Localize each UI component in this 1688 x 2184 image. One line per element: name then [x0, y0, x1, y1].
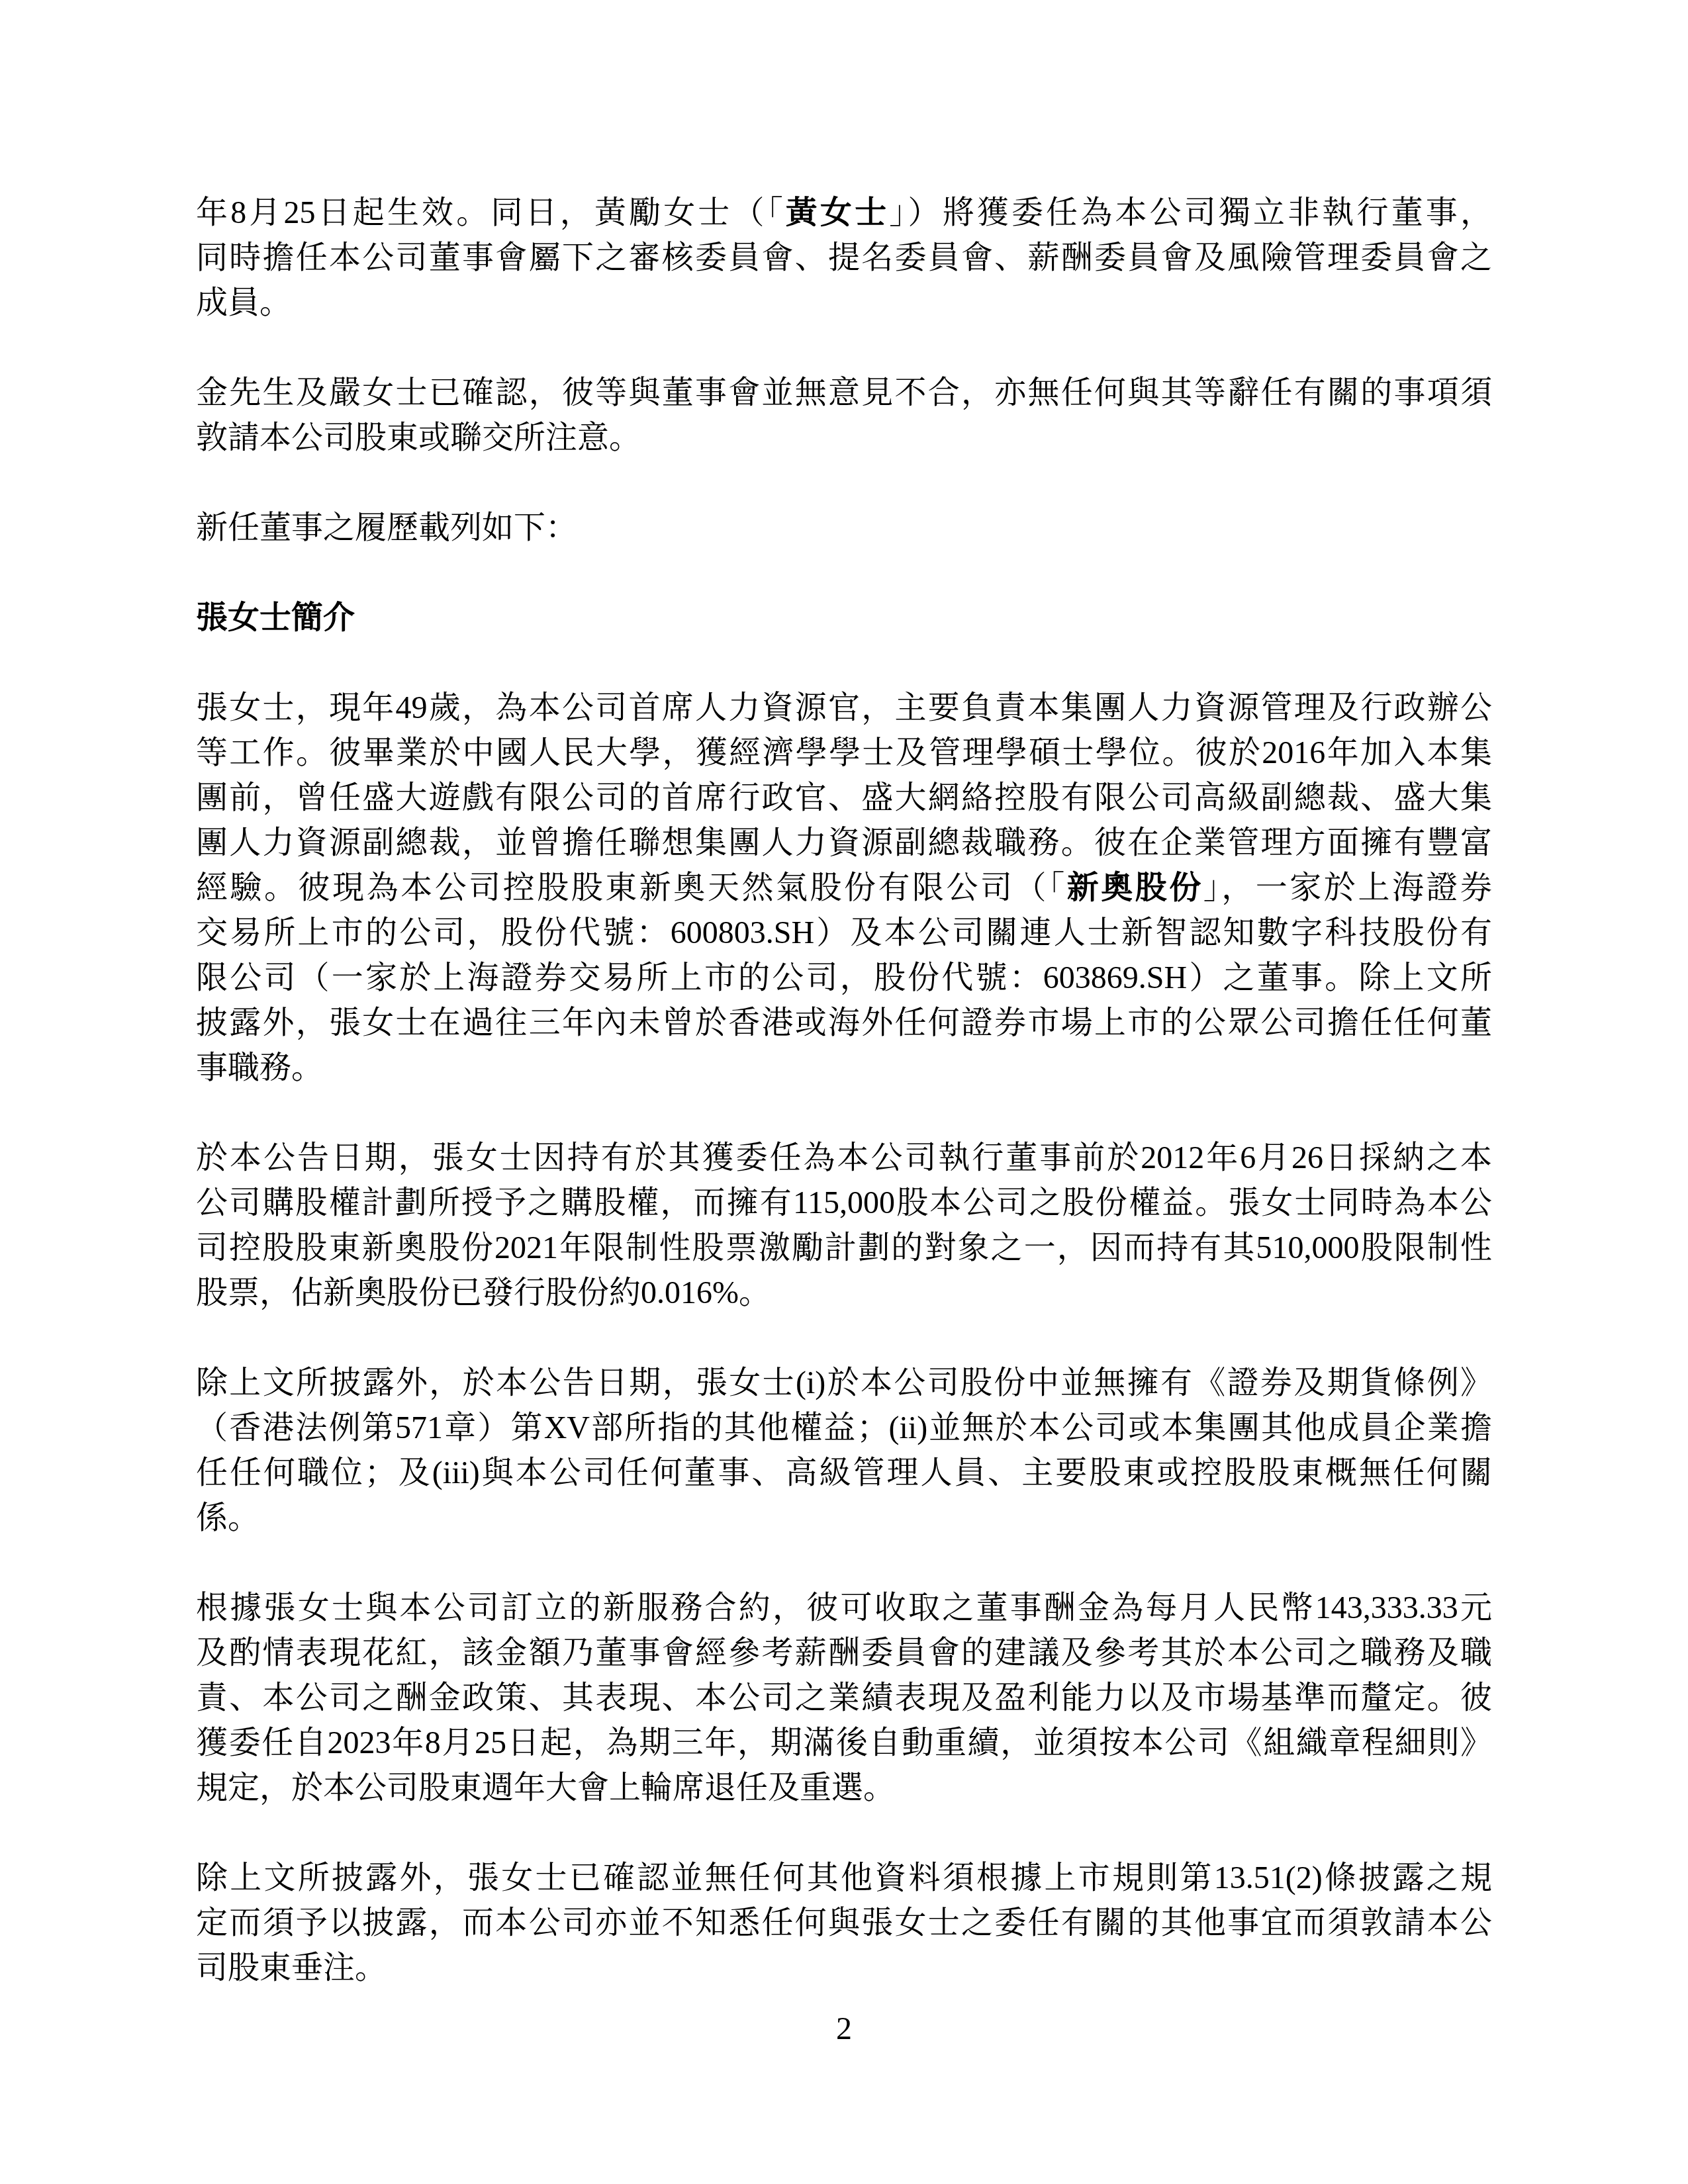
paragraph: 於本公告日期，張女士因持有於其獲委任為本公司執行董事前於2012年6月26日採納… — [196, 1136, 1492, 1316]
text-line: 任任何職位；及(iii)與本公司任何董事、高級管理人員、主要股東或控股股東概無任… — [196, 1451, 1492, 1496]
text-segment: 於本公告日期，張女士因持有於其獲委任為本公司執行董事前於2012年6月26日採納… — [196, 1140, 1492, 1175]
paragraph: 金先生及嚴女士已確認，彼等與董事會並無意見不合，亦無任何與其等辭任有關的事項須敦… — [196, 371, 1492, 461]
text-segment: 交易所上市的公司，股份代號：600803.SH）及本公司關連人士新智認知數字科技… — [196, 915, 1492, 950]
text-segment: 除上文所披露外，張女士已確認並無任何其他資料須根據上市規則第13.51(2)條披… — [196, 1860, 1492, 1895]
text-segment: 獲委任自2023年8月25日起，為期三年，期滿後自動重續，並須按本公司《組織章程… — [196, 1725, 1492, 1760]
paragraph: 張女士，現年49歲，為本公司首席人力資源官，主要負責本集團人力資源管理及行政辦公… — [196, 686, 1492, 1091]
text-segment: 除上文所披露外，於本公告日期，張女士(i)於本公司股份中並無擁有《證券及期貨條例… — [196, 1365, 1492, 1400]
text-segment: 及酌情表現花紅，該金額乃董事會經參考薪酬委員會的建議及參考其於本公司之職務及職 — [196, 1635, 1492, 1670]
text-line: 團前，曾任盛大遊戲有限公司的首席行政官、盛大網絡控股有限公司高級副總裁、盛大集 — [196, 776, 1492, 821]
text-line: 年8月25日起生效。同日，黃勵女士（「黃女士」）將獲委任為本公司獨立非執行董事， — [196, 191, 1492, 236]
text-segment: 團人力資源副總裁，並曾擔任聯想集團人力資源副總裁職務。彼在企業管理方面擁有豐富 — [196, 825, 1492, 860]
text-segment: 」）將獲委任為本公司獨立非執行董事， — [889, 195, 1492, 230]
text-segment: 金先生及嚴女士已確認，彼等與董事會並無意見不合，亦無任何與其等辭任有關的事項須 — [196, 375, 1492, 410]
text-line: 及酌情表現花紅，該金額乃董事會經參考薪酬委員會的建議及參考其於本公司之職務及職 — [196, 1631, 1492, 1676]
text-line: 根據張女士與本公司訂立的新服務合約，彼可收取之董事酬金為每月人民幣143,333… — [196, 1586, 1492, 1631]
text-segment: 定而須予以披露，而本公司亦並不知悉任何與張女士之委任有關的其他事宜而須敦請本公 — [196, 1905, 1492, 1940]
text-segment: 規定，於本公司股東週年大會上輪席退任及重選。 — [196, 1770, 895, 1805]
text-line: 張女士簡介 — [196, 596, 1492, 641]
paragraph: 除上文所披露外，張女士已確認並無任何其他資料須根據上市規則第13.51(2)條披… — [196, 1856, 1492, 1991]
text-line: 等工作。彼畢業於中國人民大學，獲經濟學學士及管理學碩士學位。彼於2016年加入本… — [196, 731, 1492, 776]
text-line: 獲委任自2023年8月25日起，為期三年，期滿後自動重續，並須按本公司《組織章程… — [196, 1721, 1492, 1766]
text-segment: 係。 — [196, 1500, 259, 1535]
page: { "page": { "number": "2" }, "document":… — [0, 0, 1688, 2184]
text-segment: 成員。 — [196, 285, 291, 320]
paragraph: 除上文所披露外，於本公告日期，張女士(i)於本公司股份中並無擁有《證券及期貨條例… — [196, 1361, 1492, 1541]
text-line: 股票，佔新奧股份已發行股份約0.016%。 — [196, 1271, 1492, 1316]
text-segment: 事職務。 — [196, 1050, 323, 1085]
text-segment: 披露外，張女士在過往三年內未曾於香港或海外任何證券市場上市的公眾公司擔任任何董 — [196, 1005, 1492, 1040]
text-line: 責、本公司之酬金政策、其表現、本公司之業績表現及盈利能力以及市場基準而釐定。彼 — [196, 1676, 1492, 1721]
text-line: 新任董事之履歷載列如下： — [196, 506, 1492, 551]
text-segment: 責、本公司之酬金政策、其表現、本公司之業績表現及盈利能力以及市場基準而釐定。彼 — [196, 1680, 1492, 1715]
text-segment: 同時擔任本公司董事會屬下之審核委員會、提名委員會、薪酬委員會及風險管理委員會之 — [196, 240, 1492, 275]
document-body: 年8月25日起生效。同日，黃勵女士（「黃女士」）將獲委任為本公司獨立非執行董事，… — [196, 191, 1492, 1991]
paragraph: 根據張女士與本公司訂立的新服務合約，彼可收取之董事酬金為每月人民幣143,333… — [196, 1586, 1492, 1811]
text-segment: 根據張女士與本公司訂立的新服務合約，彼可收取之董事酬金為每月人民幣143,333… — [196, 1590, 1492, 1625]
text-line: 事職務。 — [196, 1046, 1492, 1091]
text-segment: 任任何職位；及(iii)與本公司任何董事、高級管理人員、主要股東或控股股東概無任… — [196, 1455, 1492, 1490]
section-heading: 張女士簡介 — [196, 596, 1492, 641]
text-line: 係。 — [196, 1496, 1492, 1541]
text-line: 成員。 — [196, 281, 1492, 326]
text-line: 除上文所披露外，張女士已確認並無任何其他資料須根據上市規則第13.51(2)條披… — [196, 1856, 1492, 1901]
text-line: 規定，於本公司股東週年大會上輪席退任及重選。 — [196, 1766, 1492, 1811]
text-segment: 新任董事之履歷載列如下： — [196, 510, 577, 545]
text-segment: 股票，佔新奧股份已發行股份約0.016%。 — [196, 1275, 771, 1310]
text-line: 於本公告日期，張女士因持有於其獲委任為本公司執行董事前於2012年6月26日採納… — [196, 1136, 1492, 1181]
text-segment: 敦請本公司股東或聯交所注意。 — [196, 420, 641, 455]
bold-term: 張女士簡介 — [196, 600, 355, 635]
text-line: 金先生及嚴女士已確認，彼等與董事會並無意見不合，亦無任何與其等辭任有關的事項須 — [196, 371, 1492, 416]
text-segment: 司控股股東新奧股份2021年限制性股票激勵計劃的對象之一，因而持有其510,00… — [196, 1230, 1492, 1265]
text-line: 司股東垂注。 — [196, 1946, 1492, 1991]
text-line: （香港法例第571章）第XV部所指的其他權益；(ii)並無於本公司或本集團其他成… — [196, 1406, 1492, 1451]
text-segment: 年8月25日起生效。同日，黃勵女士（「 — [196, 195, 786, 230]
text-line: 披露外，張女士在過往三年內未曾於香港或海外任何證券市場上市的公眾公司擔任任何董 — [196, 1001, 1492, 1046]
page-number: 2 — [0, 2007, 1688, 2052]
text-line: 團人力資源副總裁，並曾擔任聯想集團人力資源副總裁職務。彼在企業管理方面擁有豐富 — [196, 821, 1492, 866]
text-line: 同時擔任本公司董事會屬下之審核委員會、提名委員會、薪酬委員會及風險管理委員會之 — [196, 236, 1492, 281]
text-segment: 公司購股權計劃所授予之購股權，而擁有115,000股本公司之股份權益。張女士同時… — [196, 1185, 1492, 1220]
text-line: 限公司（一家於上海證券交易所上市的公司，股份代號：603869.SH）之董事。除… — [196, 956, 1492, 1001]
text-segment: 經驗。彼現為本公司控股股東新奧天然氣股份有限公司（「 — [196, 870, 1067, 905]
paragraph: 新任董事之履歷載列如下： — [196, 506, 1492, 551]
text-segment: （香港法例第571章）第XV部所指的其他權益；(ii)並無於本公司或本集團其他成… — [196, 1410, 1492, 1445]
text-segment: 限公司（一家於上海證券交易所上市的公司，股份代號：603869.SH）之董事。除… — [196, 960, 1492, 995]
text-line: 定而須予以披露，而本公司亦並不知悉任何與張女士之委任有關的其他事宜而須敦請本公 — [196, 1901, 1492, 1946]
text-segment: 司股東垂注。 — [196, 1950, 387, 1985]
text-line: 司控股股東新奧股份2021年限制性股票激勵計劃的對象之一，因而持有其510,00… — [196, 1226, 1492, 1271]
text-segment: 等工作。彼畢業於中國人民大學，獲經濟學學士及管理學碩士學位。彼於2016年加入本… — [196, 735, 1492, 770]
text-segment: 團前，曾任盛大遊戲有限公司的首席行政官、盛大網絡控股有限公司高級副總裁、盛大集 — [196, 780, 1492, 815]
text-line: 經驗。彼現為本公司控股股東新奧天然氣股份有限公司（「新奧股份」，一家於上海證券 — [196, 866, 1492, 911]
text-line: 公司購股權計劃所授予之購股權，而擁有115,000股本公司之股份權益。張女士同時… — [196, 1181, 1492, 1226]
bold-term: 黃女士 — [786, 195, 889, 230]
paragraph: 年8月25日起生效。同日，黃勵女士（「黃女士」）將獲委任為本公司獨立非執行董事，… — [196, 191, 1492, 326]
bold-term: 新奧股份 — [1067, 870, 1203, 905]
text-segment: 張女士，現年49歲，為本公司首席人力資源官，主要負責本集團人力資源管理及行政辦公 — [196, 690, 1492, 725]
text-segment: 」，一家於上海證券 — [1203, 870, 1492, 905]
text-line: 張女士，現年49歲，為本公司首席人力資源官，主要負責本集團人力資源管理及行政辦公 — [196, 686, 1492, 731]
text-line: 敦請本公司股東或聯交所注意。 — [196, 416, 1492, 461]
text-line: 交易所上市的公司，股份代號：600803.SH）及本公司關連人士新智認知數字科技… — [196, 911, 1492, 956]
text-line: 除上文所披露外，於本公告日期，張女士(i)於本公司股份中並無擁有《證券及期貨條例… — [196, 1361, 1492, 1406]
